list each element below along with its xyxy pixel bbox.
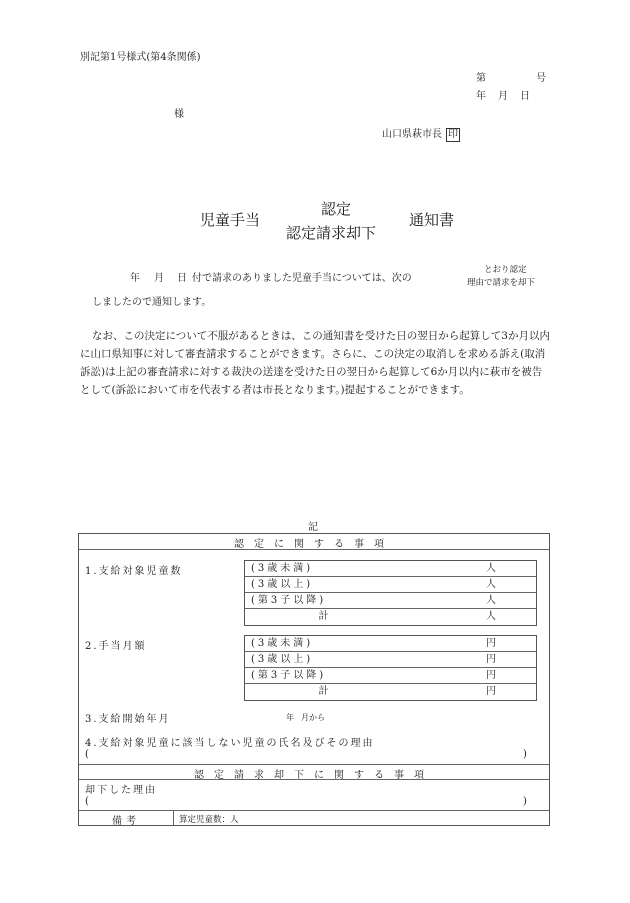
issuer-name: 山口県萩市長 xyxy=(382,129,442,140)
table-row: 計円 xyxy=(245,684,536,700)
intro-month: 月 xyxy=(154,269,164,284)
item4-open-paren: ( xyxy=(85,749,89,760)
notice-paragraph: なお、この決定について不服があるときは、この通知書を受けた日の翌日から起算して3… xyxy=(80,327,550,399)
date-year: 年 xyxy=(476,87,486,102)
item2-table: (3歳未満)円 (3歳以上)円 (第3子以降)円 計円 xyxy=(244,635,537,701)
rejection-close-paren: ) xyxy=(523,796,527,807)
item3-value-year: 年 xyxy=(286,712,294,723)
divider xyxy=(79,810,549,811)
rejection-open-paren: ( xyxy=(85,796,89,807)
title-option-bottom: 認定請求却下 xyxy=(286,222,376,243)
date-day: 日 xyxy=(520,87,530,102)
number-suffix: 号 xyxy=(536,69,546,84)
remarks-value: 算定児童数：人 xyxy=(179,813,239,825)
issuer-line: 山口県萩市長印 xyxy=(382,125,460,142)
divider xyxy=(173,810,174,825)
table-row: (3歳未満)人 xyxy=(245,561,536,577)
table-row: (3歳未満)円 xyxy=(245,636,536,652)
item3-label: 3.支給開始年月 xyxy=(85,710,171,725)
record-table: 認定に関する事項 1.支給対象児童数 (3歳未満)人 (3歳以上)人 (第3子以… xyxy=(78,533,550,826)
table-row: (第3子以降)円 xyxy=(245,668,536,684)
form-id: 別記第1号様式(第4条関係) xyxy=(80,48,201,63)
item2-label: 2.手当月額 xyxy=(85,637,147,652)
divider xyxy=(79,764,549,765)
divider xyxy=(79,779,549,780)
intro-year: 年 xyxy=(130,269,140,284)
remarks-label: 備考 xyxy=(79,812,173,827)
table-row: (第3子以降)人 xyxy=(245,593,536,609)
addressee-suffix: 様 xyxy=(174,105,184,120)
title-left: 児童手当 xyxy=(200,209,260,230)
intro-option-bottom: 理由で請求を却下 xyxy=(467,276,535,288)
intro-text-2: しましたので通知します。 xyxy=(92,293,211,308)
intro-text-1: 付で請求のありました児童手当については、次の xyxy=(192,269,412,284)
item3-value-month: 月から xyxy=(301,712,325,723)
seal-stamp: 印 xyxy=(446,128,460,142)
item4-label: 4.支給対象児童に該当しない児童の氏名及びその理由 xyxy=(85,734,375,749)
number-prefix: 第 xyxy=(476,69,486,84)
title-right: 通知書 xyxy=(409,209,454,230)
title-option-top: 認定 xyxy=(321,198,351,219)
intro-option-top: とおり認定 xyxy=(484,263,527,275)
intro-day: 日 xyxy=(177,269,187,284)
table-row: 計人 xyxy=(245,609,536,625)
divider xyxy=(79,549,549,550)
record-heading: 記 xyxy=(308,518,318,533)
item1-label: 1.支給対象児童数 xyxy=(85,562,183,577)
date-month: 月 xyxy=(498,87,508,102)
table-row: (3歳以上)人 xyxy=(245,577,536,593)
rejection-label: 却下した理由 xyxy=(85,781,157,796)
item4-close-paren: ) xyxy=(523,749,527,760)
section1-title: 認定に関する事項 xyxy=(79,535,549,550)
item1-table: (3歳未満)人 (3歳以上)人 (第3子以降)人 計人 xyxy=(244,560,537,626)
table-row: (3歳以上)円 xyxy=(245,652,536,668)
